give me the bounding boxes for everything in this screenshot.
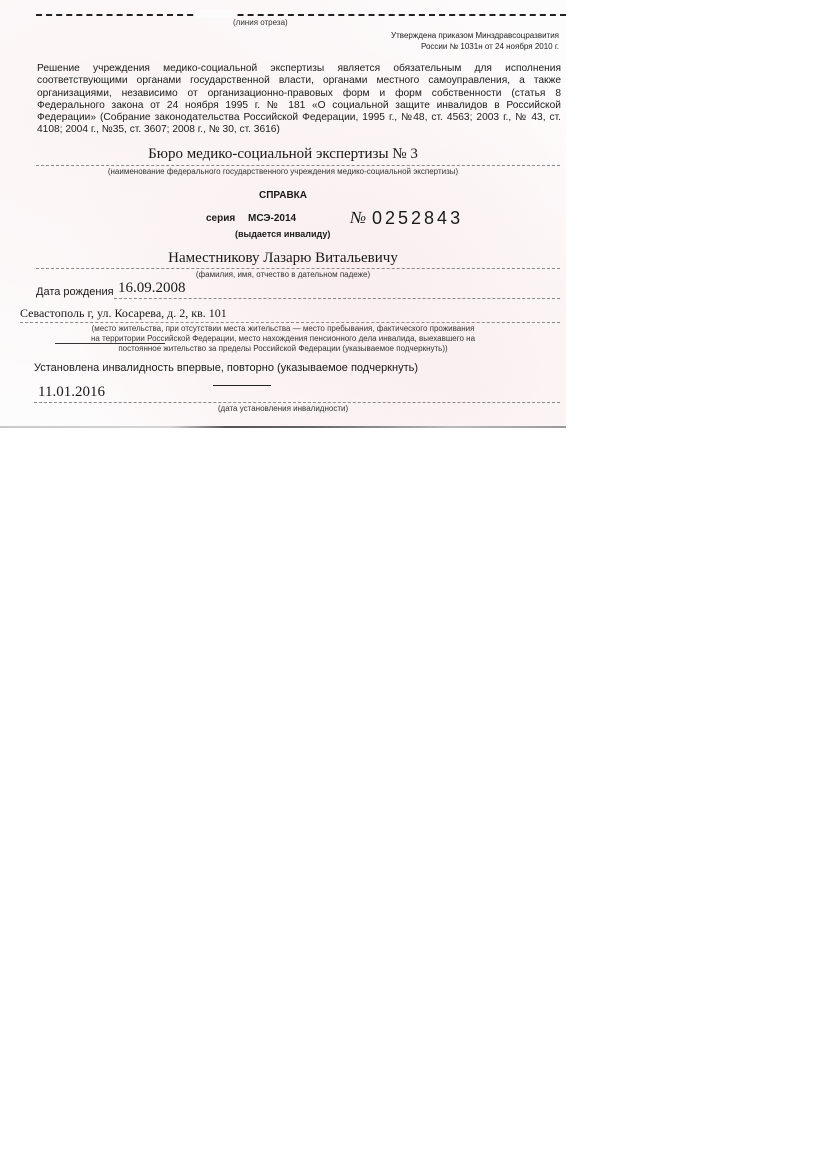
- cut-line-label: (линия отреза): [233, 18, 288, 27]
- legal-notice: Решение учреждения медико-социальной экс…: [37, 63, 561, 137]
- disability-status-mark: [213, 385, 271, 386]
- address-caption-line-3: постоянное жительство за пределы Российс…: [0, 344, 566, 353]
- disability-established-label: Установлена инвалидность впервые, повтор…: [34, 362, 418, 374]
- address-caption-line-2: на территории Российской Федерации, мест…: [0, 334, 566, 343]
- series-label: серия: [206, 213, 235, 224]
- disability-date-value: 11.01.2016: [38, 384, 105, 401]
- birth-date-value: 16.09.2008: [118, 280, 186, 297]
- approval-line-2: России № 1031н от 24 ноября 2010 г.: [421, 42, 559, 51]
- approval-line-1: Утверждена приказом Минздравсоцразвития: [391, 31, 559, 40]
- series-value: МСЭ-2014: [248, 213, 296, 224]
- address-caption-line-1: (место жительства, при отсутствии места …: [0, 324, 566, 333]
- certificate-title: СПРАВКА: [0, 190, 566, 201]
- address-value: Севастополь г, ул. Косарева, д. 2, кв. 1…: [20, 306, 227, 321]
- cut-line: [36, 14, 566, 16]
- recipient-caption: (фамилия, имя, отчество в дательном паде…: [0, 270, 566, 279]
- certificate-number: 0252843: [372, 208, 463, 229]
- paper-edge: [0, 426, 566, 428]
- recipient-name: Наместникову Лазарю Витальевичу: [0, 250, 566, 267]
- institution-name: Бюро медико-социальной экспертизы № 3: [0, 146, 566, 163]
- number-sign: №: [350, 208, 366, 228]
- institution-caption: (наименование федерального государственн…: [0, 167, 566, 176]
- birth-date-label: Дата рождения: [36, 286, 114, 298]
- certificate-paper: (линия отреза) Утверждена приказом Минзд…: [0, 0, 566, 428]
- issued-to-note: (выдается инвалиду): [235, 229, 330, 239]
- disability-date-caption: (дата установления инвалидности): [0, 404, 566, 413]
